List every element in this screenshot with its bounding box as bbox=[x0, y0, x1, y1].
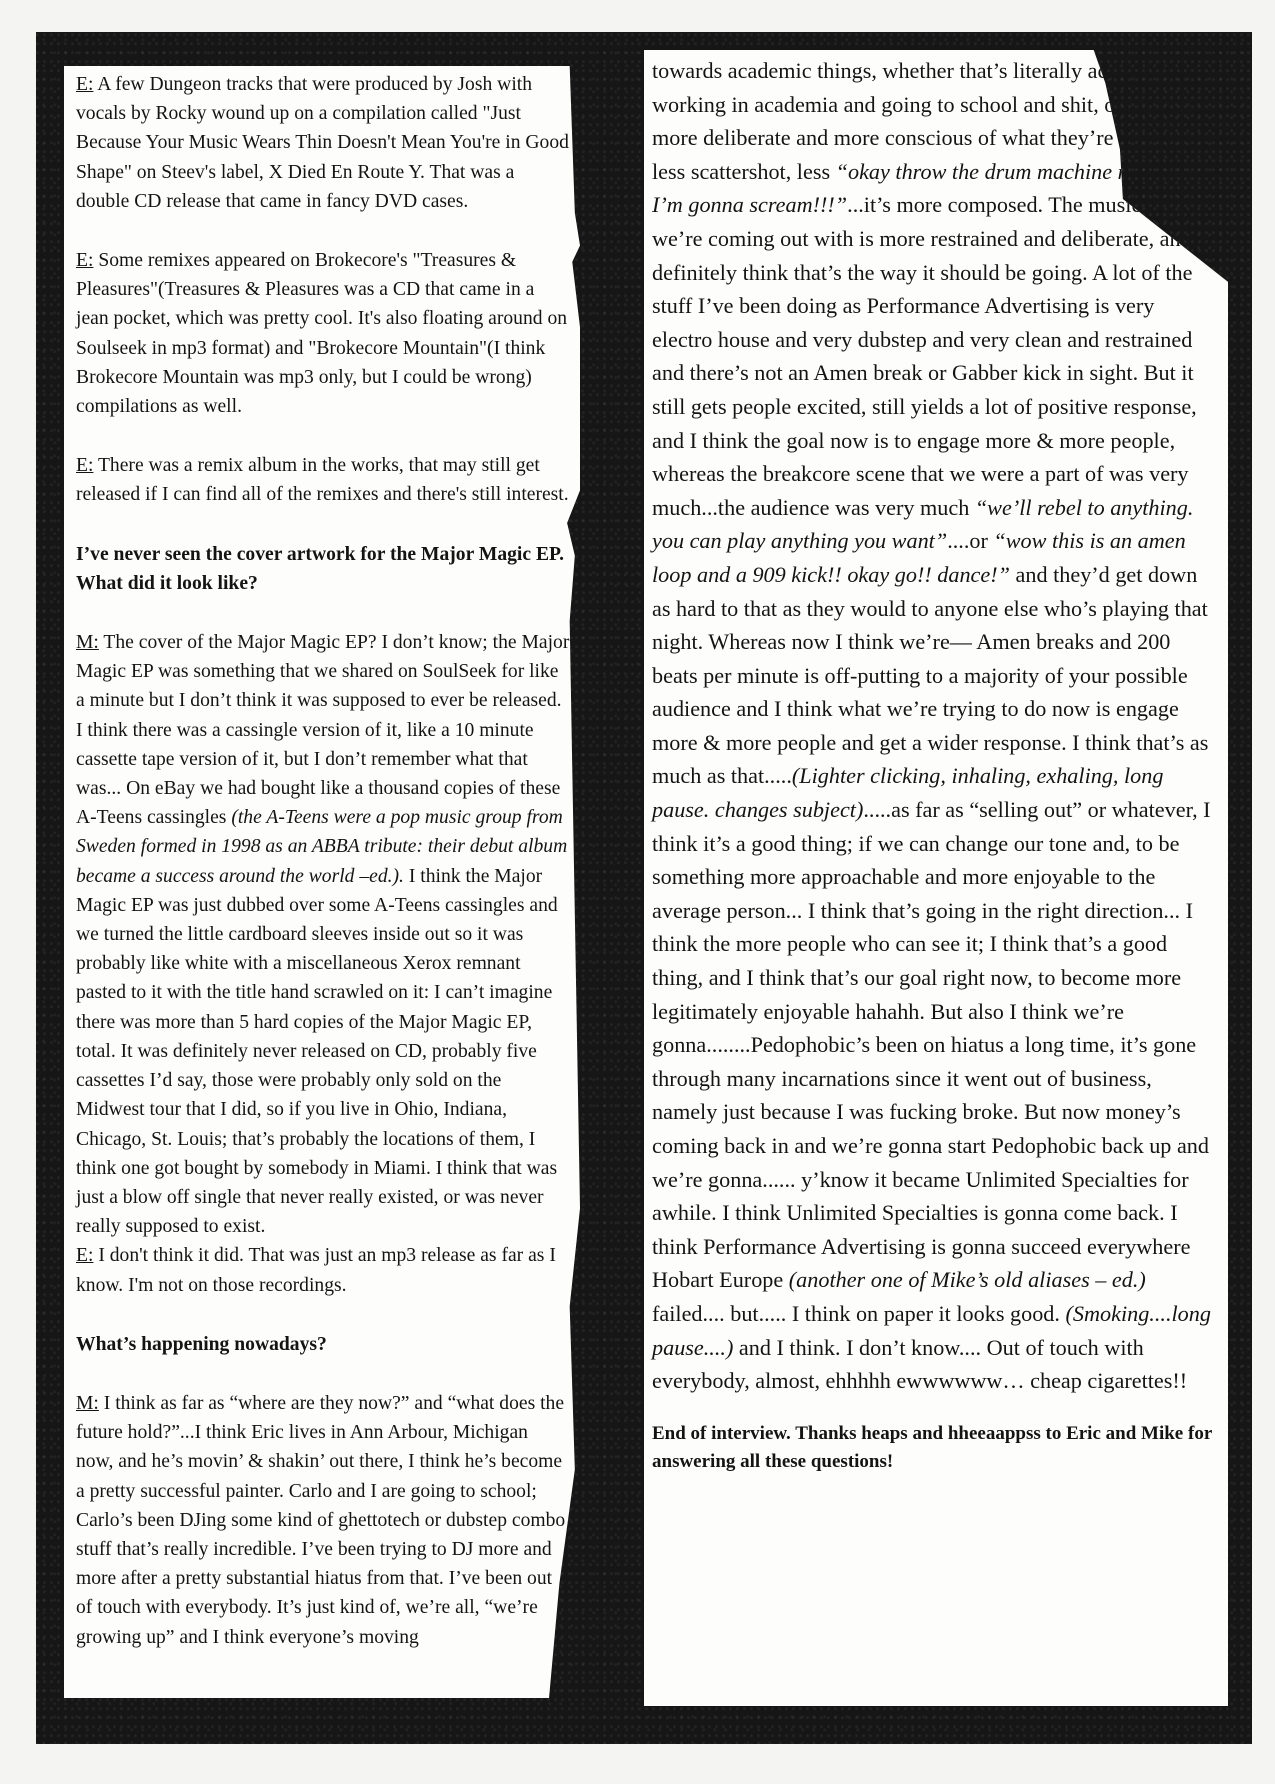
interview-question: What’s happening nowadays? bbox=[76, 1330, 570, 1359]
closing-note: End of interview. Thanks heaps and hheea… bbox=[652, 1420, 1220, 1476]
text-segment: .....as far as “selling out” or whatever… bbox=[652, 797, 1211, 1292]
continued-answer-paragraph: towards academic things, whether that’s … bbox=[652, 54, 1220, 1398]
text-segment: ....or bbox=[947, 528, 993, 553]
answer-text: There was a remix album in the works, th… bbox=[76, 455, 569, 505]
answer-text: I think as far as “where are they now?” … bbox=[76, 1393, 565, 1648]
speaker-label: E: bbox=[76, 455, 93, 476]
interview-question: I’ve never seen the cover artwork for th… bbox=[76, 540, 570, 598]
answer-paragraph: E: There was a remix album in the works,… bbox=[76, 451, 570, 509]
text-segment: ...it’s more composed. The music that we… bbox=[652, 192, 1205, 519]
answer-text: The cover of the Major Magic EP? I don’t… bbox=[76, 632, 569, 828]
speaker-label: M: bbox=[76, 1393, 99, 1414]
speaker-label: E: bbox=[76, 1245, 93, 1266]
answer-text: I think the Major Magic EP was just dubb… bbox=[76, 866, 558, 1237]
text-segment: and I think. I don’t know.... Out of tou… bbox=[652, 1335, 1187, 1394]
text-segment: failed.... but..... I think on paper it … bbox=[652, 1301, 1066, 1326]
speaker-label: E: bbox=[76, 250, 93, 271]
editor-note: (another one of Mike’s old aliases – ed.… bbox=[789, 1267, 1146, 1292]
answer-paragraph: E: I don't think it did. That was just a… bbox=[76, 1241, 570, 1299]
answer-paragraph: E: Some remixes appeared on Brokecore's … bbox=[76, 246, 570, 421]
answer-paragraph: M: I think as far as “where are they now… bbox=[76, 1389, 570, 1652]
answer-paragraph: M: The cover of the Major Magic EP? I do… bbox=[76, 628, 570, 1241]
answer-text: I don't think it did. That was just an m… bbox=[76, 1245, 556, 1295]
speaker-label: E: bbox=[76, 74, 93, 95]
text-segment: and they’d get down as hard to that as t… bbox=[652, 562, 1208, 789]
left-column-clipping: E: A few Dungeon tracks that were produc… bbox=[64, 66, 580, 1698]
answer-paragraph: E: A few Dungeon tracks that were produc… bbox=[76, 70, 570, 216]
right-column-clipping: towards academic things, whether that’s … bbox=[644, 50, 1228, 1706]
answer-text: A few Dungeon tracks that were produced … bbox=[76, 74, 569, 212]
speaker-label: M: bbox=[76, 632, 99, 653]
answer-text: Some remixes appeared on Brokecore's "Tr… bbox=[76, 250, 567, 417]
